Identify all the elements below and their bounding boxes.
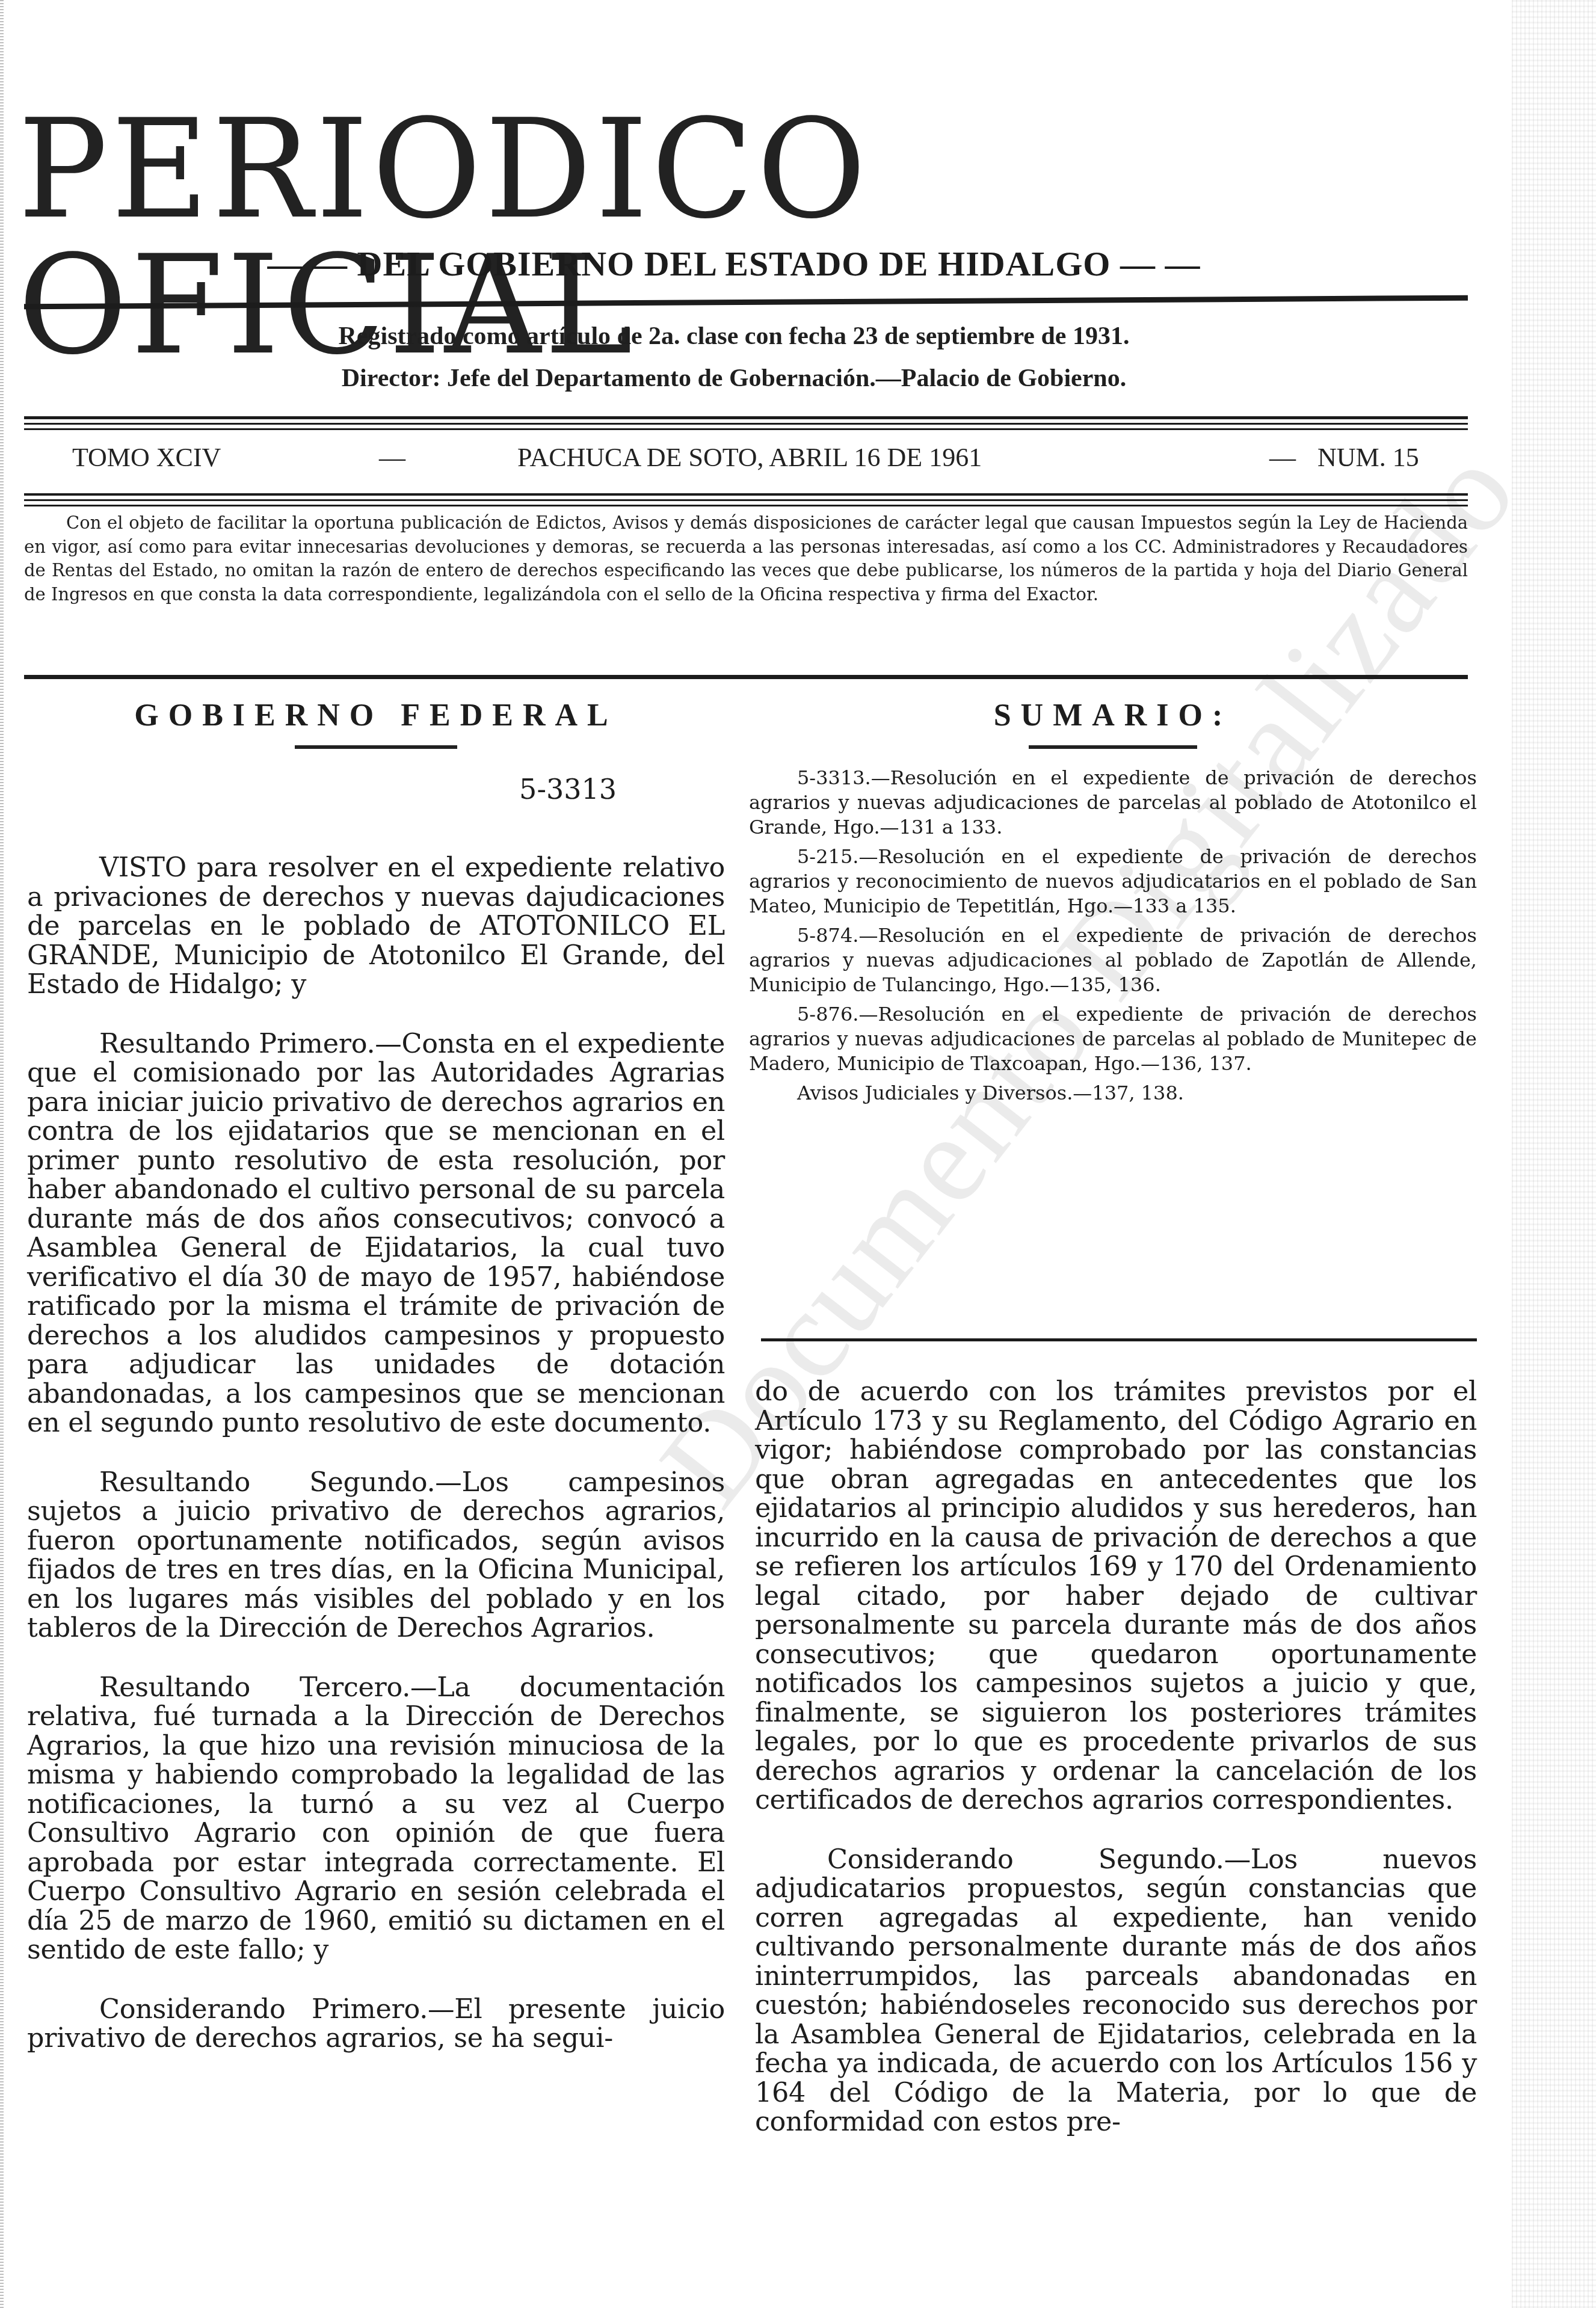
notice-rule [24,675,1468,679]
summary-entry: 5-876.—Resolución en el expediente de pr… [749,1002,1477,1076]
summary-entry: 5-874.—Resolución en el expediente de pr… [749,923,1477,997]
director-line: Director: Jefe del Departamento de Gober… [0,364,1468,393]
paragraph-resultando-segundo: Resultando Segundo.—Los campesinos sujet… [27,1468,725,1643]
paragraph-resultando-tercero: Resultando Tercero.—La documentación rel… [27,1673,725,1965]
scan-noise-right [1512,0,1596,2308]
volume-label: TOMO XCIV [72,442,221,473]
summary-entry: 5-215.—Resolución en el expediente de pr… [749,845,1477,919]
paragraph-visto: VISTO para resolver en el expediente rel… [27,854,725,1000]
summary-entry-avisos: Avisos Judiciales y Diversos.—137, 138. [749,1081,1477,1106]
dash-left: — [379,442,405,473]
heading-underline [295,745,457,749]
right-column: do de acuerdo con los trámites previstos… [755,1377,1477,2167]
issue-rule-bottom-2 [24,499,1468,501]
section-heading-federal: GOBIERNO FEDERAL [27,698,725,733]
left-column: GOBIERNO FEDERAL 5-3313 VISTO para resol… [27,698,725,2084]
document-number: 5-3313 [27,773,725,805]
registration-line: Registrado como artículo de 2a. clase co… [0,322,1468,351]
masthead-subtitle: — — DEL GOBIERNO DEL ESTADO DE HIDALGO —… [0,244,1468,284]
summary-entry: 5-3313.—Resolución en el expediente de p… [749,766,1477,840]
issue-rule-top-2 [24,423,1468,425]
section-heading-summary: SUMARIO: [749,698,1477,733]
paragraph-resultando-primero: Resultando Primero.—Consta en el expedie… [27,1030,725,1438]
dash-right: — [1269,442,1296,473]
summary-rule [761,1338,1477,1341]
publication-notice: Con el objeto de facilitar la oportuna p… [24,511,1468,606]
place-date: PACHUCA DE SOTO, ABRIL 16 DE 1961 [517,442,982,473]
paragraph-continuation: do de acuerdo con los trámites previstos… [755,1377,1477,1815]
issue-rule-top-1 [24,416,1468,419]
issue-rule-top-3 [24,428,1468,430]
issue-info-row: TOMO XCIV — PACHUCA DE SOTO, ABRIL 16 DE… [72,442,1456,478]
paragraph-considerando-segundo: Considerando Segundo.—Los nuevos adjudic… [755,1845,1477,2137]
summary-section: SUMARIO: 5-3313.—Resolución en el expedi… [749,698,1477,1110]
issue-number: NUM. 15 [1317,442,1419,473]
issue-rule-bottom-3 [24,505,1468,506]
summary-underline [1029,745,1197,749]
issue-rule-bottom-1 [24,493,1468,496]
paragraph-considerando-primero: Considerando Primero.—El presente juicio… [27,1995,725,2054]
